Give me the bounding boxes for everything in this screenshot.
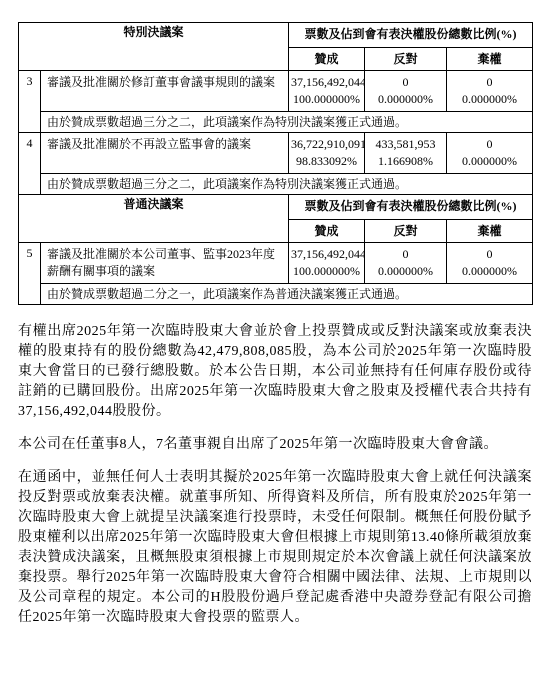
paragraph-directors-attendance: 本公司在任董事8人，7名董事親自出席了2025年第一次臨時股東大會會議。 xyxy=(18,435,532,455)
votes-against-percent: 0.000000% xyxy=(367,263,444,280)
resolution-title: 審議及批准關於不再設立監事會的議案 xyxy=(41,133,289,174)
announcement-page: 特別決議案 票數及佔到會有表決權股份總數比例(%) 贊成 反對 棄權 3 審議及… xyxy=(0,0,550,693)
votes-for-cell: 37,156,492,044 100.000000% xyxy=(289,243,365,284)
resolution-number: 5 xyxy=(19,243,41,305)
ordinary-resolutions-label: 普通決議案 xyxy=(19,195,289,243)
votes-against-percent: 1.166908% xyxy=(367,153,444,170)
ordinary-resolutions-header-row: 普通決議案 票數及佔到會有表決權股份總數比例(%) xyxy=(19,195,533,220)
resolution-title: 審議及批准關於本公司董事、監事2023年度薪酬有關事項的議案 xyxy=(41,243,289,284)
votes-abstain-cell: 0 0.000000% xyxy=(447,243,533,284)
votes-for-count: 36,722,910,091 xyxy=(291,136,362,153)
votes-abstain-cell: 0 0.000000% xyxy=(447,133,533,174)
votes-for-percent: 98.833092% xyxy=(291,153,362,170)
column-header-for: 贊成 xyxy=(289,220,365,243)
votes-abstain-cell: 0 0.000000% xyxy=(447,71,533,112)
votes-abstain-count: 0 xyxy=(449,136,530,153)
votes-abstain-percent: 0.000000% xyxy=(449,263,530,280)
votes-for-cell: 36,722,910,091 98.833092% xyxy=(289,133,365,174)
resolution-number: 3 xyxy=(19,71,41,133)
resolution-row-4: 4 審議及批准關於不再設立監事會的議案 36,722,910,091 98.83… xyxy=(19,133,533,174)
resolution-note-row-5: 由於贊成票數超過二分之一，此項議案作為普通決議案獲正式通過。 xyxy=(19,284,533,305)
resolution-passed-note: 由於贊成票數超過二分之一，此項議案作為普通決議案獲正式通過。 xyxy=(41,284,533,305)
resolution-row-3: 3 審議及批准關於修訂董事會議事規則的議案 37,156,492,044 100… xyxy=(19,71,533,112)
votes-abstain-percent: 0.000000% xyxy=(449,153,530,170)
votes-for-count: 37,156,492,044 xyxy=(291,246,362,263)
column-header-for: 贊成 xyxy=(289,48,365,71)
votes-against-cell: 433,581,953 1.166908% xyxy=(365,133,447,174)
votes-against-count: 0 xyxy=(367,246,444,263)
resolution-note-row-4: 由於贊成票數超過三分之二，此項議案作為特別決議案獲正式通過。 xyxy=(19,174,533,195)
votes-against-percent: 0.000000% xyxy=(367,91,444,108)
column-header-abstain: 棄權 xyxy=(447,48,533,71)
special-resolutions-header-row: 特別決議案 票數及佔到會有表決權股份總數比例(%) xyxy=(19,23,533,48)
resolution-number: 4 xyxy=(19,133,41,195)
paragraph-voting-restrictions-scrutineer: 在通函中，並無任何人士表明其擬於2025年第一次臨時股東大會上就任何決議案投反對… xyxy=(18,468,532,628)
votes-against-cell: 0 0.000000% xyxy=(365,243,447,284)
votes-against-count: 0 xyxy=(367,74,444,91)
votes-abstain-percent: 0.000000% xyxy=(449,91,530,108)
votes-for-percent: 100.000000% xyxy=(291,91,362,108)
votes-against-count: 433,581,953 xyxy=(367,136,444,153)
voting-results-table: 特別決議案 票數及佔到會有表決權股份總數比例(%) 贊成 反對 棄權 3 審議及… xyxy=(18,22,533,305)
votes-percentage-header: 票數及佔到會有表決權股份總數比例(%) xyxy=(289,23,533,48)
resolution-passed-note: 由於贊成票數超過三分之二，此項議案作為特別決議案獲正式通過。 xyxy=(41,112,533,133)
special-resolutions-label: 特別決議案 xyxy=(19,23,289,71)
votes-abstain-count: 0 xyxy=(449,74,530,91)
votes-for-cell: 37,156,492,044 100.000000% xyxy=(289,71,365,112)
column-header-against: 反對 xyxy=(365,48,447,71)
column-header-against: 反對 xyxy=(365,220,447,243)
votes-against-cell: 0 0.000000% xyxy=(365,71,447,112)
votes-percentage-header: 票數及佔到會有表決權股份總數比例(%) xyxy=(289,195,533,220)
resolution-passed-note: 由於贊成票數超過三分之二，此項議案作為特別決議案獲正式通過。 xyxy=(41,174,533,195)
votes-for-percent: 100.000000% xyxy=(291,263,362,280)
resolution-title: 審議及批准關於修訂董事會議事規則的議案 xyxy=(41,71,289,112)
paragraph-issued-shares: 有權出席2025年第一次臨時股東大會並於會上投票贊成或反對決議案或放棄表決權的股… xyxy=(18,322,532,422)
resolution-note-row-3: 由於贊成票數超過三分之二，此項議案作為特別決議案獲正式通過。 xyxy=(19,112,533,133)
votes-for-count: 37,156,492,044 xyxy=(291,74,362,91)
resolution-row-5: 5 審議及批准關於本公司董事、監事2023年度薪酬有關事項的議案 37,156,… xyxy=(19,243,533,284)
column-header-abstain: 棄權 xyxy=(447,220,533,243)
votes-abstain-count: 0 xyxy=(449,246,530,263)
